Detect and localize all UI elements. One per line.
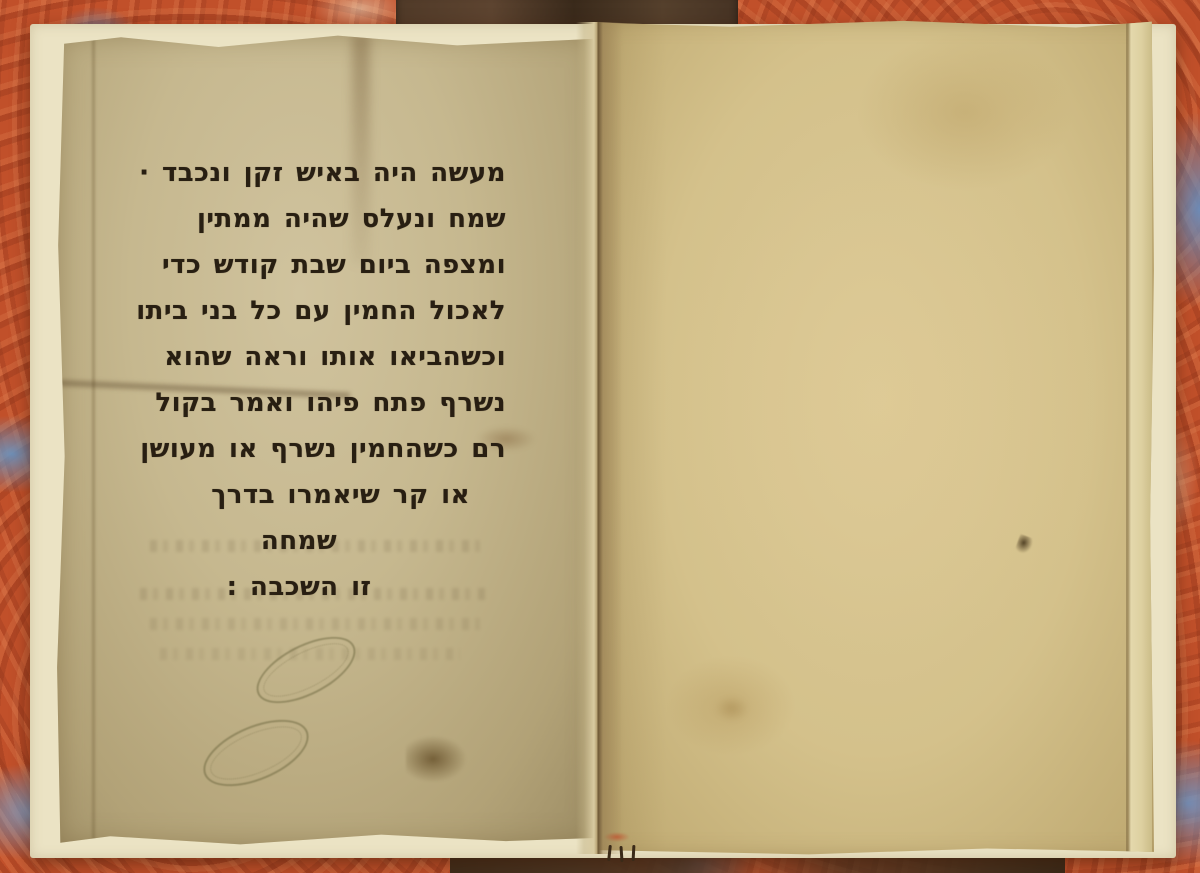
right-blank-page: [597, 20, 1154, 856]
hebrew-text-line: לאכול החמין עם כל בני ביתו: [92, 288, 506, 334]
bleedthrough-text: [140, 588, 490, 600]
manuscript-photo: מעשה היה באיש זקן ונכבד · שמח ונעלס שהיה…: [0, 0, 1200, 873]
faint-round-stain: [715, 696, 749, 722]
hebrew-text-line: רם כשהחמין נשרף או מעושן: [92, 426, 506, 472]
red-pigment-mark: [604, 832, 630, 842]
hebrew-text-line: מעשה היה באיש זקן ונכבד ·: [92, 150, 506, 196]
hebrew-text-line: ומצפה ביום שבת קודש כדי: [92, 242, 506, 288]
hebrew-text-line: זו השכבה :: [92, 564, 506, 610]
bleedthrough-text: [150, 540, 480, 552]
hebrew-text-line: נשרף פתח פיהו ואמר בקול: [92, 380, 506, 426]
dark-stain-blob: [406, 736, 466, 782]
hebrew-text-line: או קר שיאמרו בדרך: [92, 472, 506, 518]
ink-spot-stain: [1014, 534, 1034, 556]
hebrew-text-line: וכשהביאו אותו וראה שהוא: [92, 334, 506, 380]
bleedthrough-text: [150, 618, 480, 630]
page-fore-edge: [1126, 20, 1152, 856]
hebrew-text-line: שמח ונעלס שהיה ממתין: [92, 196, 506, 242]
